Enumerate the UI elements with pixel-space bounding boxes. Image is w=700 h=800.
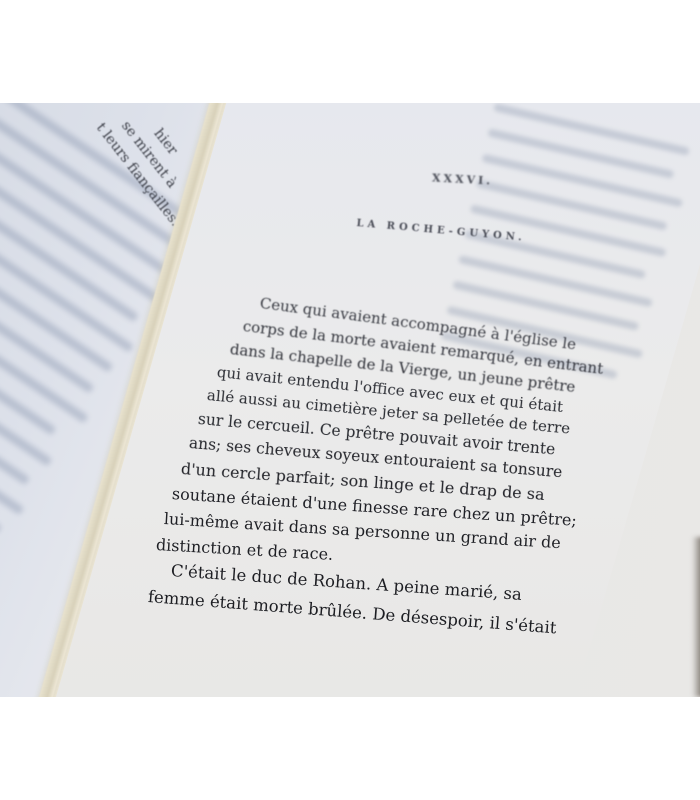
- book-photo: hier se mirent à t leurs fiançailles. XX…: [0, 103, 700, 697]
- text-line: distinction et de race.: [155, 535, 333, 564]
- chapter-title: LA ROCHE-GUYON.: [356, 218, 526, 244]
- chapter-number: XXXVI.: [432, 171, 494, 187]
- right-page-text: XXXVI. LA ROCHE-GUYON. Ceux qui avaient …: [0, 103, 700, 697]
